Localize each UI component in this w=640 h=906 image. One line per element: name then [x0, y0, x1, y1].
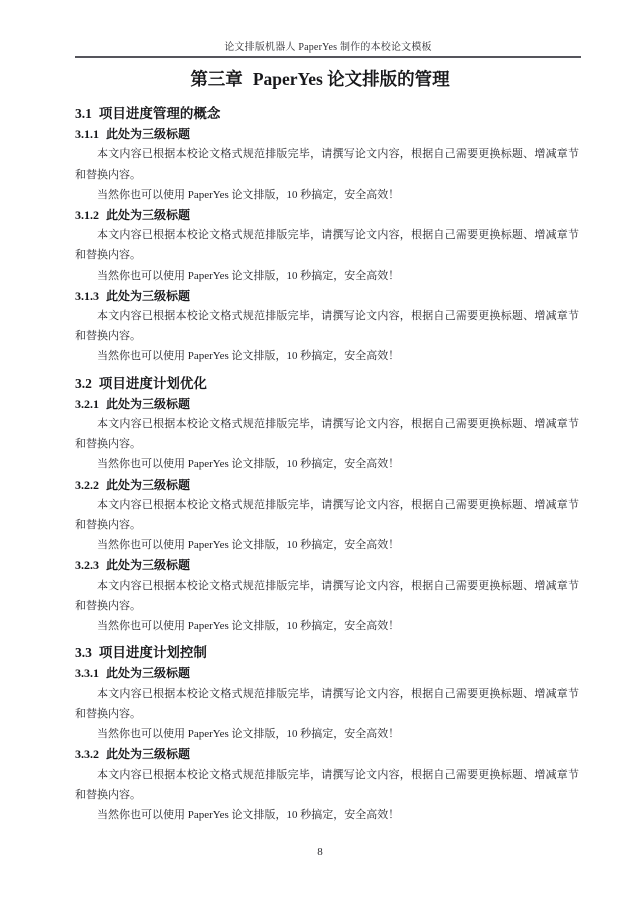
subsection-number: 3.2.2	[75, 478, 99, 492]
subsection-heading-3-1-2: 3.1.2此处为三级标题	[75, 205, 579, 225]
chapter-title: 第三章PaperYes 论文排版的管理	[0, 68, 640, 91]
paragraph-line: 当然你也可以使用 PaperYes 论文排版，10 秒搞定，安全高效！	[75, 805, 579, 825]
paragraph-line: 当然你也可以使用 PaperYes 论文排版，10 秒搞定，安全高效！	[75, 724, 579, 744]
subsection-title: 此处为三级标题	[106, 397, 190, 411]
section-number: 3.1	[75, 106, 92, 121]
section-title: 项目进度管理的概念	[99, 106, 221, 121]
paragraph-line: 和替换内容。	[75, 326, 579, 346]
page-number: 8	[0, 846, 640, 859]
paragraph-line: 和替换内容。	[75, 434, 579, 454]
paragraph-line: 和替换内容。	[75, 785, 579, 805]
subsection-title: 此处为三级标题	[106, 666, 190, 680]
document-page: 论文排版机器人 PaperYes 制作的本校论文模板 第三章PaperYes 论…	[0, 0, 640, 906]
subsection-title: 此处为三级标题	[106, 478, 190, 492]
paragraph-line: 本文内容已根据本校论文格式规范排版完毕，请撰写论文内容，根据自己需要更换标题、增…	[75, 684, 579, 704]
paragraph-line: 和替换内容。	[75, 515, 579, 535]
document-body: 3.1项目进度管理的概念 3.1.1此处为三级标题 本文内容已根据本校论文格式规…	[75, 104, 579, 825]
subsection-number: 3.2.1	[75, 397, 99, 411]
subsection-number: 3.1.1	[75, 127, 99, 141]
paragraph-line: 本文内容已根据本校论文格式规范排版完毕，请撰写论文内容，根据自己需要更换标题、增…	[75, 765, 579, 785]
paragraph-line: 和替换内容。	[75, 704, 579, 724]
subsection-number: 3.3.1	[75, 666, 99, 680]
paragraph-line: 当然你也可以使用 PaperYes 论文排版，10 秒搞定，安全高效！	[75, 346, 579, 366]
header-rule	[75, 56, 581, 58]
subsection-number: 3.2.3	[75, 558, 99, 572]
paragraph-line: 当然你也可以使用 PaperYes 论文排版，10 秒搞定，安全高效！	[75, 266, 579, 286]
subsection-heading-3-1-1: 3.1.1此处为三级标题	[75, 124, 579, 144]
section-title: 项目进度计划优化	[99, 376, 207, 391]
paragraph-line: 当然你也可以使用 PaperYes 论文排版，10 秒搞定，安全高效！	[75, 616, 579, 636]
paragraph-line: 当然你也可以使用 PaperYes 论文排版，10 秒搞定，安全高效！	[75, 535, 579, 555]
subsection-heading-3-3-2: 3.3.2此处为三级标题	[75, 744, 579, 764]
paragraph-line: 当然你也可以使用 PaperYes 论文排版，10 秒搞定，安全高效！	[75, 454, 579, 474]
subsection-title: 此处为三级标题	[106, 289, 190, 303]
paragraph-line: 和替换内容。	[75, 165, 579, 185]
section-title: 项目进度计划控制	[99, 645, 207, 660]
section-number: 3.2	[75, 376, 92, 391]
subsection-heading-3-3-1: 3.3.1此处为三级标题	[75, 663, 579, 683]
paragraph-line: 本文内容已根据本校论文格式规范排版完毕，请撰写论文内容，根据自己需要更换标题、增…	[75, 144, 579, 164]
section-heading-3-1: 3.1项目进度管理的概念	[75, 104, 579, 124]
running-head: 论文排版机器人 PaperYes 制作的本校论文模板	[75, 41, 581, 54]
section-heading-3-2: 3.2项目进度计划优化	[75, 374, 579, 394]
paragraph-line: 和替换内容。	[75, 596, 579, 616]
paragraph-line: 本文内容已根据本校论文格式规范排版完毕，请撰写论文内容，根据自己需要更换标题、增…	[75, 306, 579, 326]
subsection-title: 此处为三级标题	[106, 127, 190, 141]
paragraph-line: 当然你也可以使用 PaperYes 论文排版，10 秒搞定，安全高效！	[75, 185, 579, 205]
subsection-title: 此处为三级标题	[106, 558, 190, 572]
chapter-number: 第三章	[190, 69, 243, 89]
section-heading-3-3: 3.3项目进度计划控制	[75, 643, 579, 663]
subsection-heading-3-2-1: 3.2.1此处为三级标题	[75, 394, 579, 414]
subsection-title: 此处为三级标题	[106, 208, 190, 222]
chapter-name: PaperYes 论文排版的管理	[253, 69, 450, 89]
subsection-heading-3-2-3: 3.2.3此处为三级标题	[75, 555, 579, 575]
paragraph-line: 本文内容已根据本校论文格式规范排版完毕，请撰写论文内容，根据自己需要更换标题、增…	[75, 576, 579, 596]
subsection-number: 3.1.3	[75, 289, 99, 303]
subsection-number: 3.1.2	[75, 208, 99, 222]
paragraph-line: 本文内容已根据本校论文格式规范排版完毕，请撰写论文内容，根据自己需要更换标题、增…	[75, 225, 579, 245]
paragraph-line: 本文内容已根据本校论文格式规范排版完毕，请撰写论文内容，根据自己需要更换标题、增…	[75, 495, 579, 515]
paragraph-line: 本文内容已根据本校论文格式规范排版完毕，请撰写论文内容，根据自己需要更换标题、增…	[75, 414, 579, 434]
subsection-heading-3-2-2: 3.2.2此处为三级标题	[75, 475, 579, 495]
subsection-heading-3-1-3: 3.1.3此处为三级标题	[75, 286, 579, 306]
section-number: 3.3	[75, 645, 92, 660]
paragraph-line: 和替换内容。	[75, 245, 579, 265]
subsection-title: 此处为三级标题	[106, 747, 190, 761]
subsection-number: 3.3.2	[75, 747, 99, 761]
